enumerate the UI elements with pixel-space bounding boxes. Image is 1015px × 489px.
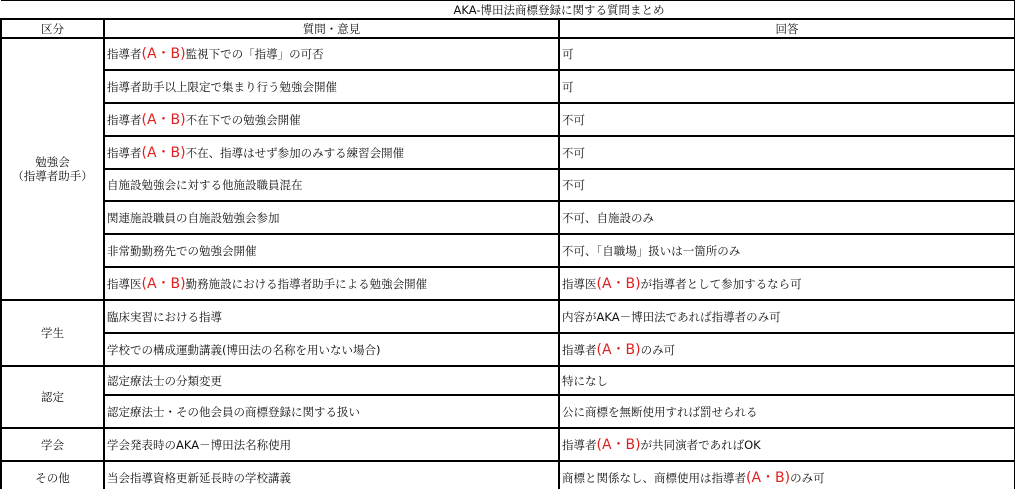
answer-cell[interactable]: 可 bbox=[559, 38, 1015, 70]
answer-text: 公に商標を無断使用すれば罰せられる bbox=[562, 405, 758, 419]
category-label: その他 bbox=[4, 471, 101, 485]
table-row: 指導者(A・B)不在、指導はせず参加のみする練習会開催不可 bbox=[1, 136, 1015, 169]
highlight-text: (A・B) bbox=[142, 145, 186, 161]
answer-text: が共同演者であればOK bbox=[641, 438, 761, 452]
table-row: 認定認定療法士の分類変更特になし bbox=[1, 366, 1015, 395]
category-label: 勉強会 bbox=[4, 155, 101, 169]
table-row: 学会学会発表時のAKA－博田法名称使用指導者(A・B)が共同演者であればOK bbox=[1, 428, 1015, 461]
highlight-text: (A・B) bbox=[142, 46, 186, 62]
question-text: 臨床実習における指導 bbox=[107, 310, 222, 324]
answer-text: 可 bbox=[562, 80, 574, 94]
table-body: 勉強会（指導者助手）指導者(A・B)監視下での「指導」の可否可指導者助手以上限定… bbox=[1, 38, 1015, 489]
title-blank-cell[interactable] bbox=[1, 1, 104, 20]
question-text: 認定療法士・その他会員の商標登録に関する扱い bbox=[107, 405, 360, 419]
highlight-text: (A・B) bbox=[597, 342, 641, 358]
answer-text: のみ可 bbox=[641, 343, 676, 357]
question-cell[interactable]: 関連施設職員の自施設勉強会参加 bbox=[104, 201, 559, 234]
highlight-text: (A・B) bbox=[746, 470, 790, 486]
answer-text: が指導者として参加するなら可 bbox=[641, 277, 802, 291]
question-text: 自施設勉強会に対する他施設職員混在 bbox=[107, 178, 303, 192]
highlight-text: (A・B) bbox=[142, 112, 186, 128]
answer-cell[interactable]: 指導者(A・B)のみ可 bbox=[559, 333, 1015, 366]
question-text: 指導者 bbox=[107, 146, 142, 160]
answer-cell[interactable]: 不可 bbox=[559, 103, 1015, 136]
question-cell[interactable]: 指導者(A・B)監視下での「指導」の可否 bbox=[104, 38, 559, 70]
qa-table: AKA-博田法商標登録に関する質問まとめ 区分 質問・意見 回答 勉強会（指導者… bbox=[0, 0, 1015, 489]
table-row: 勉強会（指導者助手）指導者(A・B)監視下での「指導」の可否可 bbox=[1, 38, 1015, 70]
answer-cell[interactable]: 可 bbox=[559, 70, 1015, 103]
question-cell[interactable]: 認定療法士の分類変更 bbox=[104, 366, 559, 395]
question-text: 学会発表時のAKA－博田法名称使用 bbox=[107, 438, 291, 452]
question-cell[interactable]: 指導者(A・B)不在、指導はせず参加のみする練習会開催 bbox=[104, 136, 559, 169]
answer-cell[interactable]: 指導医(A・B)が指導者として参加するなら可 bbox=[559, 267, 1015, 300]
category-sublabel: （指導者助手） bbox=[4, 169, 101, 183]
answer-cell[interactable]: 不可、自施設のみ bbox=[559, 201, 1015, 234]
answer-text: 特になし bbox=[562, 374, 608, 388]
category-label: 認定 bbox=[4, 390, 101, 404]
spreadsheet: AKA-博田法商標登録に関する質問まとめ 区分 質問・意見 回答 勉強会（指導者… bbox=[0, 0, 1015, 489]
table-row: 非常勤勤務先での勉強会開催不可、「自職場」扱いは一箇所のみ bbox=[1, 234, 1015, 267]
answer-cell[interactable]: 指導者(A・B)が共同演者であればOK bbox=[559, 428, 1015, 461]
table-row: 認定療法士・その他会員の商標登録に関する扱い公に商標を無断使用すれば罰せられる bbox=[1, 395, 1015, 428]
question-cell[interactable]: 非常勤勤務先での勉強会開催 bbox=[104, 234, 559, 267]
answer-cell[interactable]: 公に商標を無断使用すれば罰せられる bbox=[559, 395, 1015, 428]
answer-cell[interactable]: 内容がAKA－博田法であれば指導者のみ可 bbox=[559, 300, 1015, 333]
question-text: 指導医 bbox=[107, 277, 142, 291]
answer-text: 可 bbox=[562, 47, 574, 61]
answer-text: 指導医 bbox=[562, 277, 597, 291]
category-cell[interactable]: 勉強会（指導者助手） bbox=[1, 38, 104, 300]
category-cell[interactable]: 学会 bbox=[1, 428, 104, 461]
category-cell[interactable]: その他 bbox=[1, 461, 104, 489]
question-text: 指導者 bbox=[107, 113, 142, 127]
question-text: 認定療法士の分類変更 bbox=[107, 374, 222, 388]
answer-text: のみ可 bbox=[790, 471, 825, 485]
question-text: 指導者 bbox=[107, 47, 142, 61]
answer-text: 不可 bbox=[562, 113, 585, 127]
table-row: 学校での構成運動講義(博田法の名称を用いない場合)指導者(A・B)のみ可 bbox=[1, 333, 1015, 366]
header-answer[interactable]: 回答 bbox=[559, 19, 1015, 38]
question-text: 監視下での「指導」の可否 bbox=[186, 47, 324, 61]
table-row: 指導医(A・B)勤務施設における指導者助手による勉強会開催指導医(A・B)が指導… bbox=[1, 267, 1015, 300]
question-cell[interactable]: 指導者(A・B)不在下での勉強会開催 bbox=[104, 103, 559, 136]
question-cell[interactable]: 当会指導資格更新延長時の学校講義 bbox=[104, 461, 559, 489]
highlight-text: (A・B) bbox=[142, 276, 186, 292]
question-text: 不在下での勉強会開催 bbox=[186, 113, 301, 127]
answer-text: 不可、自施設のみ bbox=[562, 211, 654, 225]
question-cell[interactable]: 指導医(A・B)勤務施設における指導者助手による勉強会開催 bbox=[104, 267, 559, 300]
question-text: 指導者助手以上限定で集まり行う勉強会開催 bbox=[107, 80, 337, 94]
header-category[interactable]: 区分 bbox=[1, 19, 104, 38]
table-title[interactable]: AKA-博田法商標登録に関する質問まとめ bbox=[104, 1, 1015, 20]
answer-text: 不可 bbox=[562, 146, 585, 160]
question-text: 不在、指導はせず参加のみする練習会開催 bbox=[186, 146, 405, 160]
highlight-text: (A・B) bbox=[597, 276, 641, 292]
answer-cell[interactable]: 特になし bbox=[559, 366, 1015, 395]
table-row: 指導者助手以上限定で集まり行う勉強会開催可 bbox=[1, 70, 1015, 103]
question-cell[interactable]: 自施設勉強会に対する他施設職員混在 bbox=[104, 169, 559, 201]
answer-text: 指導者 bbox=[562, 343, 597, 357]
highlight-text: (A・B) bbox=[597, 437, 641, 453]
answer-text: 不可 bbox=[562, 178, 585, 192]
answer-text: 不可、「自職場」扱いは一箇所のみ bbox=[562, 244, 740, 258]
table-row: 学生臨床実習における指導内容がAKA－博田法であれば指導者のみ可 bbox=[1, 300, 1015, 333]
category-label: 学会 bbox=[4, 438, 101, 452]
table-row: 自施設勉強会に対する他施設職員混在不可 bbox=[1, 169, 1015, 201]
header-question[interactable]: 質問・意見 bbox=[104, 19, 559, 38]
question-text: 勤務施設における指導者助手による勉強会開催 bbox=[186, 277, 428, 291]
answer-cell[interactable]: 不可 bbox=[559, 136, 1015, 169]
table-row: その他当会指導資格更新延長時の学校講義商標と関係なし、商標使用は指導者(A・B)… bbox=[1, 461, 1015, 489]
question-cell[interactable]: 指導者助手以上限定で集まり行う勉強会開催 bbox=[104, 70, 559, 103]
answer-text: 指導者 bbox=[562, 438, 597, 452]
answer-text: 内容がAKA－博田法であれば指導者のみ可 bbox=[562, 310, 781, 324]
answer-cell[interactable]: 不可、「自職場」扱いは一箇所のみ bbox=[559, 234, 1015, 267]
answer-text: 商標と関係なし、商標使用は指導者 bbox=[562, 471, 746, 485]
question-cell[interactable]: 学会発表時のAKA－博田法名称使用 bbox=[104, 428, 559, 461]
table-row: 指導者(A・B)不在下での勉強会開催不可 bbox=[1, 103, 1015, 136]
title-row: AKA-博田法商標登録に関する質問まとめ bbox=[1, 1, 1015, 20]
question-text: 関連施設職員の自施設勉強会参加 bbox=[107, 211, 280, 225]
category-label: 学生 bbox=[4, 326, 101, 340]
question-text: 非常勤勤務先での勉強会開催 bbox=[107, 244, 257, 258]
answer-cell[interactable]: 不可 bbox=[559, 169, 1015, 201]
question-cell[interactable]: 認定療法士・その他会員の商標登録に関する扱い bbox=[104, 395, 559, 428]
header-row: 区分 質問・意見 回答 bbox=[1, 19, 1015, 38]
question-cell[interactable]: 臨床実習における指導 bbox=[104, 300, 559, 333]
question-text: 当会指導資格更新延長時の学校講義 bbox=[107, 471, 291, 485]
table-row: 関連施設職員の自施設勉強会参加不可、自施設のみ bbox=[1, 201, 1015, 234]
question-text: 学校での構成運動講義(博田法の名称を用いない場合) bbox=[107, 343, 380, 357]
question-cell[interactable]: 学校での構成運動講義(博田法の名称を用いない場合) bbox=[104, 333, 559, 366]
answer-cell[interactable]: 商標と関係なし、商標使用は指導者(A・B)のみ可 bbox=[559, 461, 1015, 489]
category-cell[interactable]: 認定 bbox=[1, 366, 104, 428]
category-cell[interactable]: 学生 bbox=[1, 300, 104, 366]
